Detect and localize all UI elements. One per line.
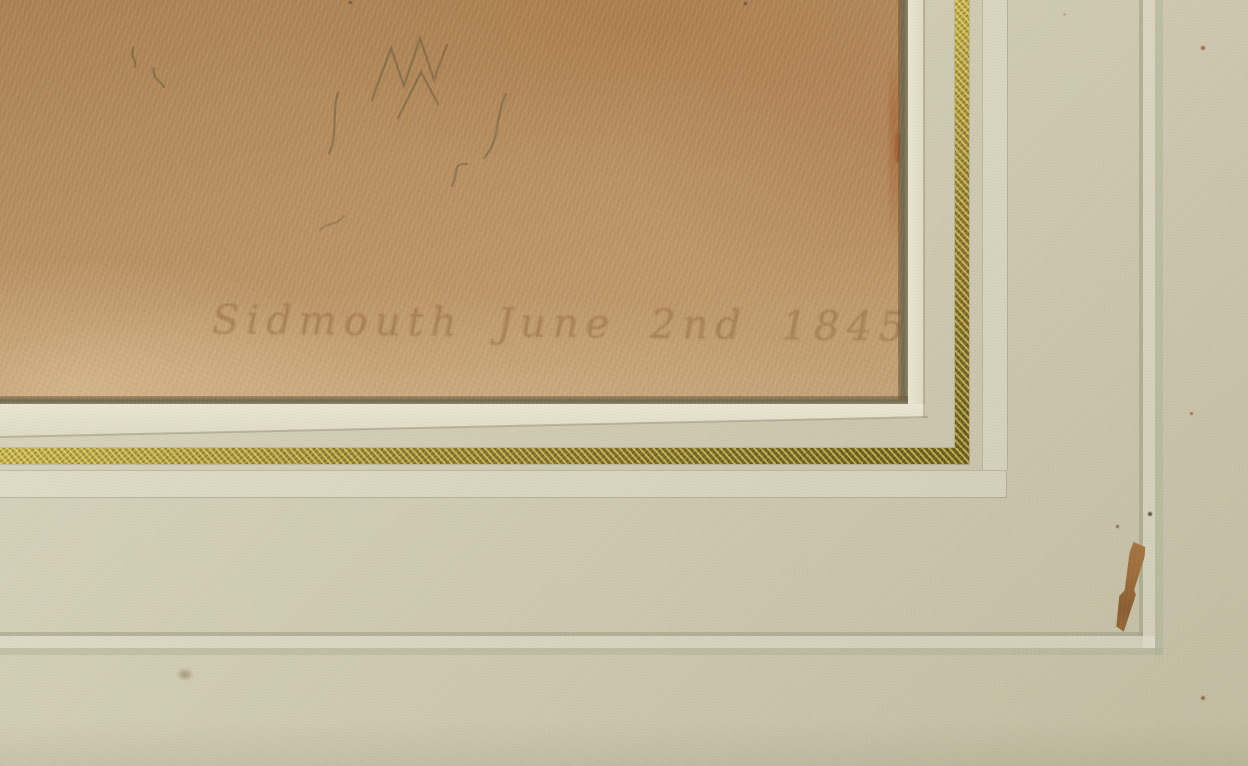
foxing-speck — [1190, 412, 1193, 415]
artist-inscription: Sidmouth June 2nd 1845 — [212, 284, 913, 363]
foxing-speck — [1148, 512, 1152, 516]
embossed-line-vertical — [982, 0, 1008, 470]
foxing-speck — [1063, 13, 1066, 16]
foxing-speck — [1201, 696, 1205, 700]
foxing-speck — [349, 1, 352, 4]
mount-opening-shadow-right — [898, 0, 908, 404]
embossed-line-horizontal — [0, 470, 1007, 498]
photo-of-mounted-artwork: Sidmouth June 2nd 1845 — [0, 0, 1248, 766]
mat-bevel-right — [908, 0, 924, 418]
mount-opening-shadow-bottom — [0, 396, 908, 404]
wash-line-vertical-outer — [1155, 0, 1163, 655]
wash-band-horizontal — [0, 636, 1155, 648]
foxing-speck — [1116, 525, 1119, 528]
watercolor-paper: Sidmouth June 2nd 1845 — [0, 0, 908, 404]
gilt-fillet-vertical — [955, 0, 969, 464]
smudge-mark — [176, 668, 194, 681]
gilt-fillet-horizontal — [0, 448, 969, 464]
wash-line-horizontal-outer — [0, 648, 1163, 655]
foxing-speck — [744, 2, 747, 5]
mat-bevel-edge-line-right — [923, 0, 925, 418]
foxing-speck — [1201, 46, 1205, 50]
